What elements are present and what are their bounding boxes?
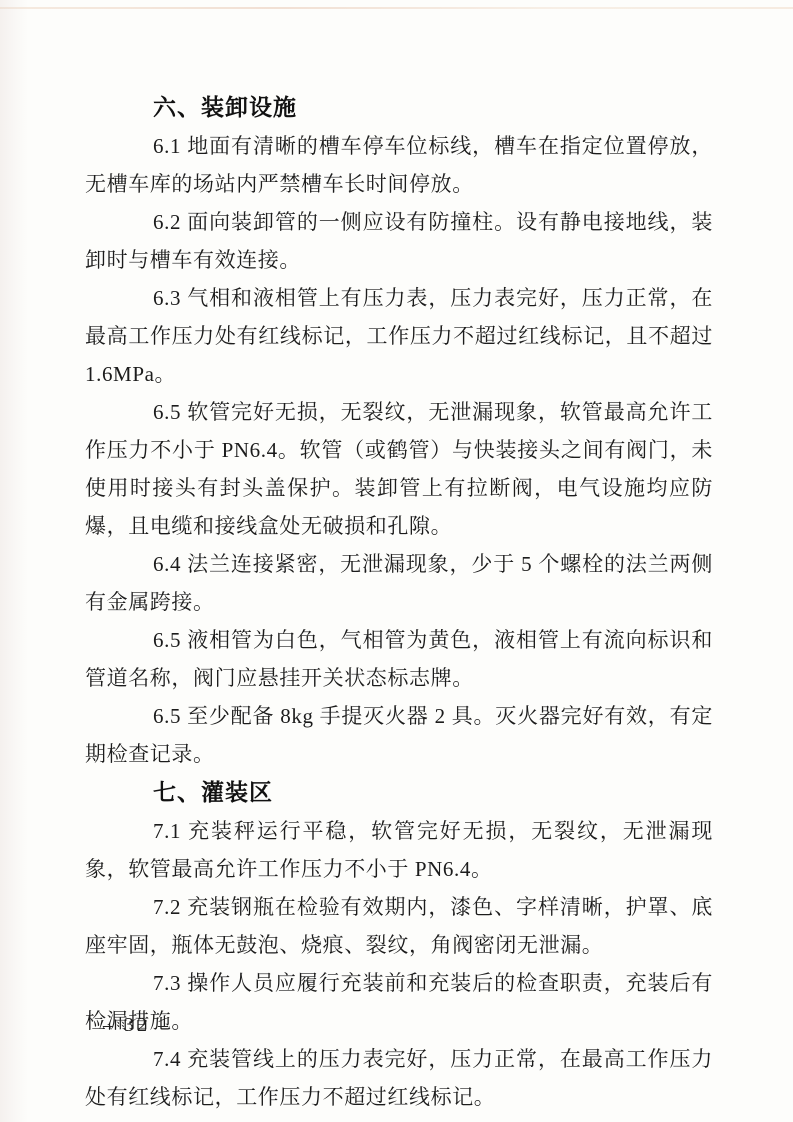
paragraph-6-5-hose: 6.5 软管完好无损，无裂纹，无泄漏现象，软管最高允许工作压力不小于 PN6.4…: [85, 393, 713, 545]
paragraph-7-1: 7.1 充装秤运行平稳，软管完好无损，无裂纹，无泄漏现象，软管最高允许工作压力不…: [85, 812, 713, 888]
paragraph-6-5-extinguisher: 6.5 至少配备 8kg 手提灭火器 2 具。灭火器完好有效，有定期检查记录。: [85, 697, 713, 773]
section-heading-7: 七、灌装区: [85, 773, 713, 812]
paragraph-6-1: 6.1 地面有清晰的槽车停车位标线，槽车在指定位置停放，无槽车库的场站内严禁槽车…: [85, 127, 713, 203]
paragraph-7-2: 7.2 充装钢瓶在检验有效期内，漆色、字样清晰，护罩、底座牢固，瓶体无鼓泡、烧痕…: [85, 888, 713, 964]
document-content: 六、装卸设施 6.1 地面有清晰的槽车停车位标线，槽车在指定位置停放，无槽车库的…: [85, 88, 713, 1116]
document-page: 六、装卸设施 6.1 地面有清晰的槽车停车位标线，槽车在指定位置停放，无槽车库的…: [0, 0, 793, 1122]
scan-artifact-top-line: [0, 7, 793, 9]
paragraph-6-2: 6.2 面向装卸管的一侧应设有防撞柱。设有静电接地线，装卸时与槽车有效连接。: [85, 203, 713, 279]
page-number: – 32 –: [103, 1014, 171, 1037]
paragraph-7-4: 7.4 充装管线上的压力表完好，压力正常，在最高工作压力处有红线标记，工作压力不…: [85, 1040, 713, 1116]
scan-artifact-left-edge: [0, 0, 28, 1122]
paragraph-6-3: 6.3 气相和液相管上有压力表，压力表完好，压力正常，在最高工作压力处有红线标记…: [85, 279, 713, 393]
paragraph-6-5-pipes: 6.5 液相管为白色，气相管为黄色，液相管上有流向标识和管道名称，阀门应悬挂开关…: [85, 621, 713, 697]
section-heading-6: 六、装卸设施: [85, 88, 713, 127]
paragraph-7-3: 7.3 操作人员应履行充装前和充装后的检查职责，充装后有检漏措施。: [85, 964, 713, 1040]
paragraph-6-4: 6.4 法兰连接紧密，无泄漏现象，少于 5 个螺栓的法兰两侧有金属跨接。: [85, 545, 713, 621]
